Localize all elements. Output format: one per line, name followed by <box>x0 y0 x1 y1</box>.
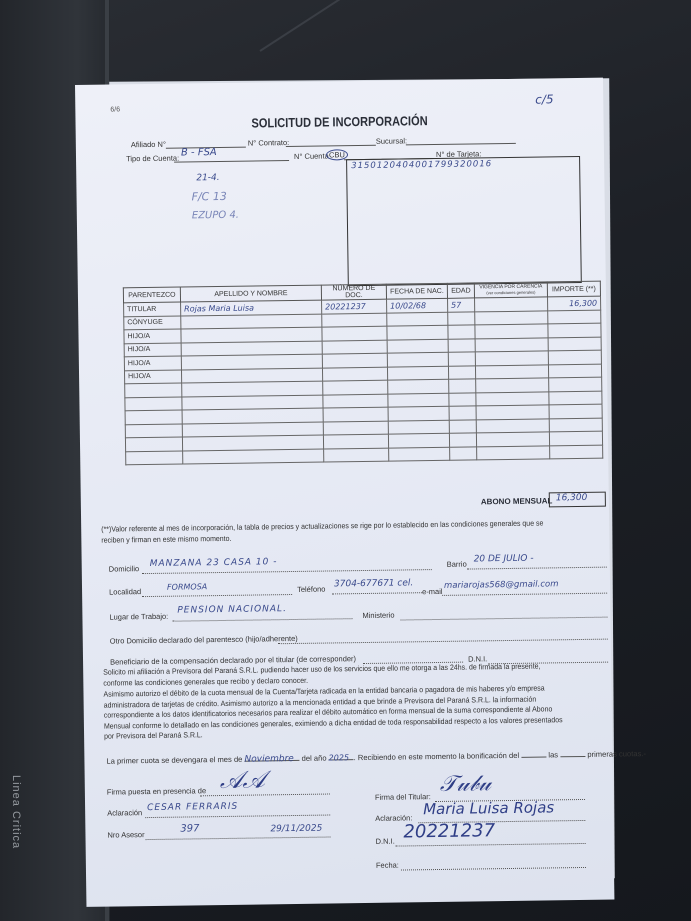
titular-dni-label: D.N.I. <box>376 837 395 846</box>
titular-signature: 𝒯𝓊𝒷𝓊 <box>440 771 491 797</box>
domicilio-label: Domicilio <box>109 564 140 573</box>
titular-dni-value: 20221237 <box>403 820 495 842</box>
asesor-signature: 𝒜𝒜 <box>220 765 266 794</box>
asesor-label: Nro Asesor <box>107 830 144 840</box>
cell-doc[interactable] <box>323 380 388 394</box>
sucursal-label: Sucursal: <box>376 136 407 145</box>
col-vigencia: VIGENCIA POR CARENCIA(ver condiciones ge… <box>474 282 547 298</box>
cell-edad[interactable] <box>449 433 476 447</box>
cell-doc[interactable] <box>323 434 388 448</box>
tipo-cuenta-label: Tipo de Cuenta: <box>126 154 179 164</box>
cell-edad[interactable] <box>449 419 476 433</box>
cuotas-field[interactable] <box>560 756 585 757</box>
abono-value: 16,300 <box>556 493 588 503</box>
cell-doc[interactable] <box>322 313 387 327</box>
cell-vigencia[interactable] <box>476 418 549 433</box>
cell-vigencia[interactable] <box>475 297 548 312</box>
otro-domicilio-label: Otro Domicilio declarado del parentesco … <box>110 634 298 646</box>
cell-fecha[interactable] <box>388 420 449 434</box>
cell-edad[interactable] <box>448 352 475 366</box>
cell-parentezco: HIJO/A <box>124 343 181 357</box>
cell-edad[interactable] <box>448 338 475 352</box>
contrato-field[interactable] <box>286 145 376 147</box>
telefono-value: 3704-677671 cel. <box>334 578 413 589</box>
cell-edad[interactable] <box>448 325 475 339</box>
ministerio-label: Ministerio <box>362 611 394 620</box>
footnote: (**)Valor referente al mes de incorporac… <box>101 518 566 546</box>
email-field[interactable] <box>442 593 607 596</box>
cell-vigencia[interactable] <box>475 351 548 366</box>
cell-fecha[interactable] <box>387 339 448 353</box>
cell-doc[interactable] <box>323 407 388 421</box>
cuenta-label: N° Cuenta <box>294 151 329 160</box>
cell-vigencia[interactable] <box>475 310 548 325</box>
domicilio-field[interactable] <box>142 569 432 574</box>
note-line-3: EZUPO 4. <box>192 210 239 222</box>
cell-fecha[interactable] <box>388 406 449 420</box>
cell-parentezco <box>125 424 182 438</box>
barrio-field[interactable] <box>467 567 607 570</box>
cell-edad[interactable] <box>450 446 477 460</box>
col-parentezco: PARENTEZCO <box>123 287 180 303</box>
trabajo-field[interactable] <box>172 618 352 622</box>
col-fecha: FECHA DE NAC. <box>386 283 447 299</box>
fecha-label: Fecha: <box>376 861 399 870</box>
domicilio-value: MANZANA 23 CASA 10 - <box>150 557 278 569</box>
asesor-aclaracion-value: CESAR FERRARIS <box>147 802 238 813</box>
cell-importe[interactable] <box>548 350 601 364</box>
tipo-cuenta-field[interactable] <box>174 160 289 163</box>
cell-parentezco <box>125 397 182 411</box>
barrio-value: 20 DE JULIO - <box>474 554 534 565</box>
cell-importe[interactable] <box>549 404 602 418</box>
primer-cuota-line: La primer cuota se devengara el mes de N… <box>106 749 646 766</box>
cell-vigencia[interactable] <box>475 364 548 379</box>
cell-fecha[interactable] <box>387 312 448 326</box>
contrato-label: N° Contrato: <box>248 138 289 148</box>
cell-vigencia[interactable] <box>475 324 548 339</box>
seat-stitched-label: Linea Critica <box>10 775 22 849</box>
localidad-label: Localidad <box>109 587 141 596</box>
cell-edad[interactable] <box>449 406 476 420</box>
cell-doc[interactable] <box>322 340 387 354</box>
cell-fecha[interactable] <box>388 393 449 407</box>
cell-edad[interactable] <box>448 365 475 379</box>
cell-fecha[interactable] <box>387 325 448 339</box>
cell-parentezco: CÓNYUGE <box>124 316 181 330</box>
tarjeta-box[interactable] <box>346 156 582 286</box>
abono-label: ABONO MENSUAL <box>481 496 553 506</box>
handwritten-page-number: c/5 <box>535 92 553 106</box>
family-members-table: PARENTEZCO APELLIDO Y NOMBRE NÚMERO DE D… <box>123 281 603 466</box>
col-importe: IMPORTE (**) <box>547 281 600 297</box>
col-doc: NÚMERO DE DOC. <box>321 284 386 300</box>
form-title: SOLICITUD DE INCORPORACIÓN <box>115 111 564 132</box>
barrio-label: Barrio <box>447 560 467 569</box>
cell-parentezco: HIJO/A <box>124 370 181 384</box>
asesor-field[interactable] <box>146 837 331 841</box>
cell-importe[interactable] <box>550 445 603 459</box>
cell-parentezco <box>126 451 183 465</box>
cell-vigencia[interactable] <box>476 432 549 447</box>
page-index: 6/6 <box>110 106 120 113</box>
cell-doc[interactable] <box>322 326 387 340</box>
autorizo-paragraph: Asimismo autorizo el débito de la cuota … <box>103 683 568 742</box>
asesor-value: 397 <box>180 823 199 834</box>
cell-importe[interactable] <box>548 364 601 378</box>
titular-aclaracion-value: Maria Luisa Rojas <box>423 798 554 818</box>
tipo-cuenta-value: B - FSA <box>181 147 217 158</box>
cell-doc[interactable]: 20221237 <box>322 299 387 313</box>
cell-importe[interactable] <box>549 391 602 405</box>
cell-importe[interactable] <box>548 310 601 324</box>
cell-edad[interactable] <box>449 392 476 406</box>
cell-fecha[interactable] <box>388 433 449 447</box>
cell-doc[interactable] <box>324 448 389 462</box>
cell-doc[interactable] <box>323 421 388 435</box>
cell-importe[interactable] <box>549 377 602 391</box>
cell-importe[interactable] <box>549 431 602 445</box>
cell-parentezco <box>125 437 182 451</box>
firma-presencia-label: Firma puesta en presencia de <box>107 786 206 796</box>
cell-nombre[interactable] <box>183 449 324 464</box>
cell-edad[interactable] <box>448 311 475 325</box>
cell-fecha[interactable] <box>387 366 448 380</box>
afiliado-label: Afiliado N° <box>131 140 166 149</box>
otro-domicilio-field[interactable] <box>278 639 608 645</box>
cell-doc[interactable] <box>322 367 387 381</box>
fecha-field[interactable] <box>401 867 586 871</box>
cell-fecha[interactable] <box>389 447 450 461</box>
cell-fecha[interactable] <box>388 379 449 393</box>
cell-importe[interactable] <box>548 323 601 337</box>
trabajo-value: PENSION NACIONAL. <box>177 604 287 616</box>
cell-edad[interactable] <box>449 379 476 393</box>
cell-importe[interactable]: 16,300 <box>548 296 601 310</box>
anio-field[interactable]: 2025 <box>329 759 354 760</box>
telefono-field[interactable] <box>332 592 422 594</box>
sucursal-field[interactable] <box>406 143 516 146</box>
aclaracion-label: Aclaración <box>107 808 142 817</box>
trabajo-label: Lugar de Trabajo: <box>109 612 168 622</box>
col-edad: EDAD <box>447 283 474 298</box>
localidad-field[interactable] <box>142 594 292 597</box>
telefono-label: Teléfono <box>297 585 325 594</box>
cell-vigencia[interactable] <box>476 378 549 393</box>
email-label: e-mail <box>422 587 443 596</box>
localidad-value: FORMOSA <box>167 582 207 592</box>
cell-parentezco: HIJO/A <box>124 329 181 343</box>
cell-vigencia[interactable] <box>476 391 549 406</box>
cell-edad[interactable]: 57 <box>448 298 475 312</box>
cell-importe[interactable] <box>548 337 601 351</box>
bonificacion-field[interactable] <box>521 756 546 757</box>
primer-cuota-mes-field[interactable]: Noviembre <box>244 760 299 762</box>
cell-vigencia[interactable] <box>476 405 549 420</box>
cell-doc[interactable] <box>323 394 388 408</box>
cell-parentezco <box>125 410 182 424</box>
cell-vigencia[interactable] <box>477 445 550 460</box>
note-line-2: F/C 13 <box>191 190 226 203</box>
cell-doc[interactable] <box>322 353 387 367</box>
email-value: mariarojas568@gmail.com <box>444 579 559 591</box>
cell-fecha[interactable]: 10/02/68 <box>387 298 448 312</box>
cell-parentezco: HIJO/A <box>124 356 181 370</box>
seat-stitch-line <box>259 0 428 52</box>
form-sheet: 6/6 c/5 SOLICITUD DE INCORPORACIÓN Afili… <box>75 78 614 907</box>
asesor-fecha: 29/11/2025 <box>270 824 322 835</box>
cell-fecha[interactable] <box>387 352 448 366</box>
note-line-1: 21-4. <box>196 173 219 183</box>
cell-importe[interactable] <box>549 418 602 432</box>
tarjeta-value: 3150120404001799320016 <box>351 159 492 171</box>
cell-parentezco <box>125 383 182 397</box>
cell-parentezco: TITULAR <box>124 302 181 316</box>
asesor-aclaracion-field[interactable] <box>145 815 330 819</box>
ministerio-field[interactable] <box>400 617 607 621</box>
cell-vigencia[interactable] <box>475 337 548 352</box>
titular-dni-field[interactable] <box>396 843 586 847</box>
